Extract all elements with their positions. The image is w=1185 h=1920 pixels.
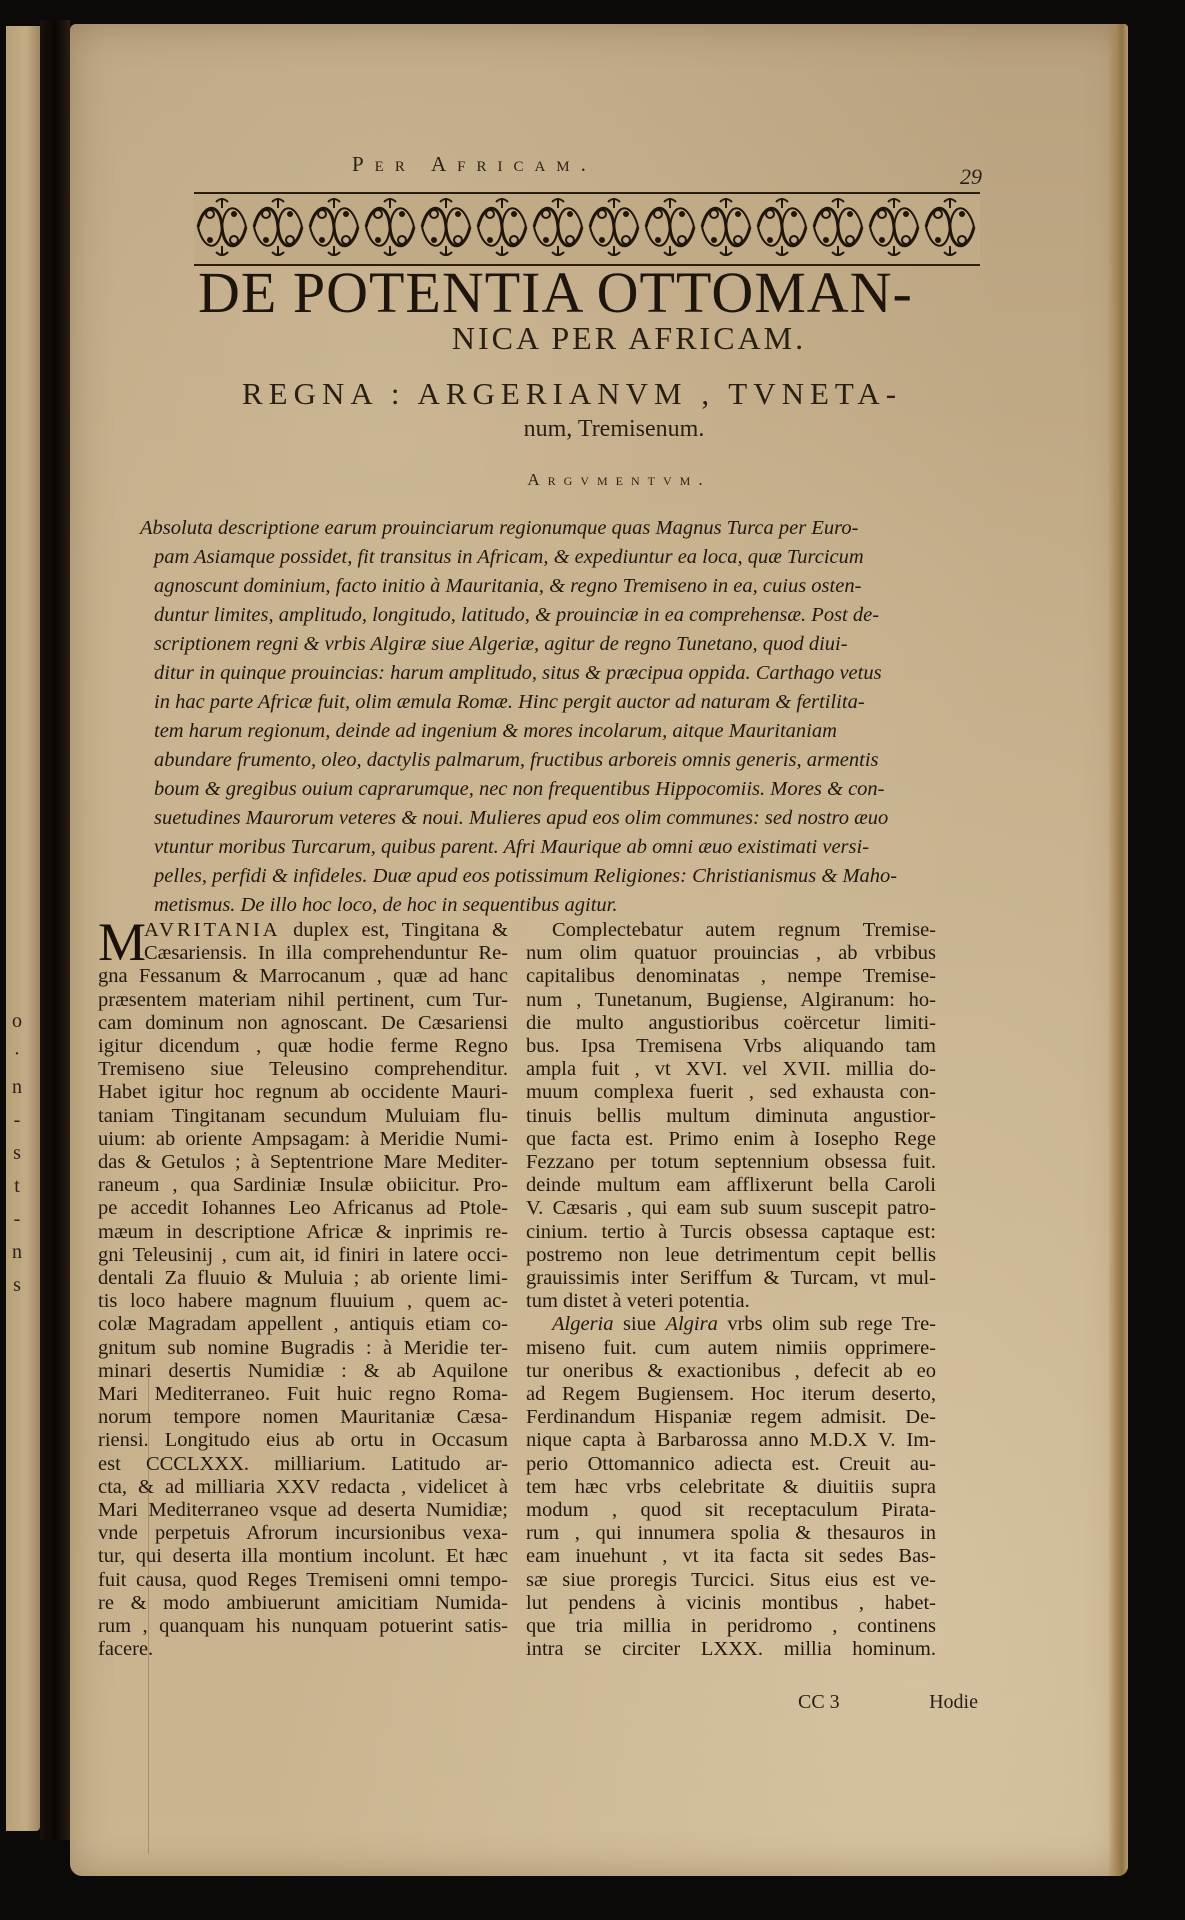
- body-line: lut pendens à vicinis montibus , habet-: [526, 1592, 936, 1615]
- book-gutter: [40, 20, 70, 1840]
- body-line: Mari Mediterraneo vsque ad deserta Numid…: [98, 1499, 508, 1522]
- body-line: riensi. Longitudo eius ab ortu in Occasu…: [98, 1429, 508, 1452]
- body-line: fuit causa, quod Reges Tremiseni omni te…: [98, 1569, 508, 1592]
- margin-fragment: n: [6, 1071, 28, 1104]
- body-line: num olim quatuor prouincias , ab vrbibus: [526, 942, 936, 965]
- body-line: capitalibus denominatas , nempe Tremise-: [526, 965, 936, 988]
- first-word: AVRITANIA: [144, 919, 281, 941]
- body-line: rum , quanquam his nunquam potuerint sat…: [98, 1615, 508, 1638]
- body-line: sæ siue proregis Turcici. Situs eius est…: [526, 1569, 936, 1592]
- chapter-subtitle-line2: num, Tremisenum.: [70, 416, 1128, 443]
- body-line: igitur dicendum , quæ hodie ferme Regno: [98, 1035, 508, 1058]
- body-line: Complectebatur autem regnum Tremise-: [526, 919, 936, 942]
- margin-fragment: s: [6, 1269, 28, 1302]
- body-line: vnde perpetuis Afrorum incursionibus vex…: [98, 1522, 508, 1545]
- facing-page-margin-text: o · n - s t - n s: [6, 1005, 28, 1302]
- body-line: Mari Mediterraneo. Fuit huic regno Roma-: [98, 1383, 508, 1406]
- body-line: cinium. tertio à Turcis obsessa captaque…: [526, 1221, 936, 1244]
- page-fore-edge: [1108, 24, 1128, 1876]
- margin-fragment: s: [6, 1137, 28, 1170]
- body-line-algeria: Algeria siue Algira vrbs olim sub rege T…: [526, 1313, 936, 1336]
- body-line: gni Teleusinij , cum ait, id finiri in l…: [98, 1244, 508, 1267]
- body-line: perio Ottomannico adiecta est. Creuit au…: [526, 1453, 936, 1476]
- chapter-title-line1: DE POTENTIA OTTOMAN-: [198, 262, 998, 324]
- body-line: pe accedit Iohannes Leo Africanus ad Pto…: [98, 1197, 508, 1220]
- body-line: gna Fessanum & Marrocanum , quæ ad hanc: [98, 965, 508, 988]
- dropcap-block: M AVRITANIA duplex est, Tingitana & Cæsa…: [98, 919, 508, 965]
- margin-fragment: -: [6, 1203, 28, 1236]
- body-line: raneum , qua Sardiniæ Insulæ obiicitur. …: [98, 1174, 508, 1197]
- body-line: que facta est. Primo enim à Iosepho Rege: [526, 1128, 936, 1151]
- body-line: tem hæc vrbs celebritate & diuitiis supr…: [526, 1476, 936, 1499]
- argument-line: suetudines Maurorum veteres & noui. Muli…: [140, 804, 940, 833]
- body-line: minari desertis Numidiæ : & ab Aquilone: [98, 1360, 508, 1383]
- body-column-right: Complectebatur autem regnum Tremise- num…: [526, 919, 936, 1662]
- argument-line: vtuntur moribus Turcarum, quibus parent.…: [140, 833, 940, 862]
- ornament-band-icon: [194, 192, 980, 266]
- catchword: Hodie: [929, 1691, 978, 1714]
- margin-fragment: t: [6, 1170, 28, 1203]
- body-line: est CCCLXXX. milliarium. Latitudo ar-: [98, 1453, 508, 1476]
- body-line: num , Tunetanum, Bugiense, Algiranum: ho…: [526, 989, 936, 1012]
- argument-paragraph: Absoluta descriptione earum prouinciarum…: [140, 514, 940, 920]
- body-line: tur, qui deserta illa montium incolunt. …: [98, 1545, 508, 1568]
- argument-line: pelles, perfidi & infideles. Duæ apud eo…: [140, 862, 940, 891]
- body-line: re & modo ambiuerunt amicitiam Numida-: [98, 1592, 508, 1615]
- chapter-subtitle-line1: REGNA : ARGERIANVM , TVNETA-: [242, 376, 902, 412]
- body-line-text: duplex est, Tingitana &: [281, 919, 508, 941]
- body-line: uium: ab oriente Ampsagam: à Meridie Num…: [98, 1128, 508, 1151]
- body-line: muum complexa fuerit , sed exhausta con-: [526, 1081, 936, 1104]
- body-line: eam inuehunt , vt ita facta sit sedes Ba…: [526, 1545, 936, 1568]
- italic-word: Algira: [665, 1313, 717, 1335]
- margin-fragment: -: [6, 1104, 28, 1137]
- dropcap-letter: M: [98, 917, 146, 967]
- body-line: miseno fuit. cum autem nimiis opprimere-: [526, 1337, 936, 1360]
- argument-line: scriptionem regni & vrbis Algiræ siue Al…: [140, 630, 940, 659]
- body-line: tis loco habere magnum fluuium , quem ac…: [98, 1290, 508, 1313]
- body-line: tinuis bellis multum diminuta angustior-: [526, 1105, 936, 1128]
- body-line: Habet igitur hoc regnum ab occidente Mau…: [98, 1081, 508, 1104]
- page-number: 29: [960, 164, 982, 190]
- body-line: dentali Za fluuio & Muluia ; ab oriente …: [98, 1267, 508, 1290]
- body-line: die multo angustioribus coërcetur limiti…: [526, 1012, 936, 1035]
- book-page: Per Africam. 29 DE POTENTIA OTTOMAN- NIC…: [70, 24, 1128, 1876]
- body-line: nique capta à Barbarossa anno M.D.X V. I…: [526, 1429, 936, 1452]
- body-line: præsentem materiam nihil pertinent, cum …: [98, 989, 508, 1012]
- body-line: Ferdinandum Hispaniæ regem admisit. De-: [526, 1406, 936, 1429]
- argument-heading: Argvmentvm.: [70, 470, 1128, 490]
- body-line: que tria millia in peridromo , continens: [526, 1615, 936, 1638]
- margin-fragment: o: [6, 1005, 28, 1038]
- body-line: postremo non leue detrimentum cepit bell…: [526, 1244, 936, 1267]
- body-line: Tremiseno siue Teleusino comprehenditur.: [98, 1058, 508, 1081]
- argument-line: abundare frumento, oleo, dactylis palmar…: [140, 746, 940, 775]
- signature-mark: CC 3: [798, 1691, 840, 1714]
- body-line-text: vrbs olim sub rege Tre-: [718, 1313, 936, 1335]
- margin-fragment: n: [6, 1236, 28, 1269]
- paper-crease: [148, 1374, 149, 1854]
- body-line: mæum in descriptione Africæ & inprimis r…: [98, 1221, 508, 1244]
- body-line-text: siue: [614, 1313, 666, 1335]
- argument-line: duntur limites, amplitudo, longitudo, la…: [140, 601, 940, 630]
- body-line: tum distet à veteri potentia.: [526, 1290, 936, 1313]
- body-line: gnitum sub nomine Bugradis : à Meridie t…: [98, 1337, 508, 1360]
- body-line: modum , quod sit receptaculum Pirata-: [526, 1499, 936, 1522]
- body-line: bus. Ipsa Tremisena Vrbs aliquando tam: [526, 1035, 936, 1058]
- body-line: taniam Tingitanam secundum Muluiam flu-: [98, 1105, 508, 1128]
- body-line: AVRITANIA duplex est, Tingitana &: [98, 919, 508, 942]
- argument-line: boum & gregibus ouium caprarumque, nec n…: [140, 775, 940, 804]
- facing-page-edge: [6, 26, 40, 1831]
- body-line: ad Regem Bugiensem. Hoc iterum deserto,: [526, 1383, 936, 1406]
- body-line: Fezzano per totum septennium obsessa fui…: [526, 1151, 936, 1174]
- body-line: cam dominum non agnoscant. De Cæsariensi: [98, 1012, 508, 1035]
- body-line: das & Getulos ; à Septentrione Mare Medi…: [98, 1151, 508, 1174]
- body-line: tur oneribus & exactionibus , defecit ab…: [526, 1360, 936, 1383]
- body-line: intra se circiter LXXX. millia hominum.: [526, 1638, 936, 1661]
- body-line: deinde multum eam afflixerunt bella Caro…: [526, 1174, 936, 1197]
- body-line: norum tempore nomen Mauritaniæ Cæsa-: [98, 1406, 508, 1429]
- body-line: rum , qui innumera spolia & thesauros in: [526, 1522, 936, 1545]
- italic-word: Algeria: [552, 1313, 614, 1335]
- argument-line: in hac parte Africæ fuit, olim æmula Rom…: [140, 688, 940, 717]
- argument-line: metismus. De illo hoc loco, de hoc in se…: [140, 891, 940, 920]
- body-line: Cæsariensis. In illa comprehenduntur Re-: [98, 942, 508, 965]
- body-column-left: M AVRITANIA duplex est, Tingitana & Cæsa…: [98, 919, 508, 1662]
- chapter-title-line2: NICA PER AFRICAM.: [70, 320, 1128, 357]
- argument-line: ditur in quinque prouincias: harum ampli…: [140, 659, 940, 688]
- argument-line: pam Asiamque possidet, fit transitus in …: [140, 543, 940, 572]
- body-line: colæ Magradam appellent , antiquis etiam…: [98, 1313, 508, 1336]
- running-head: Per Africam.: [352, 152, 597, 177]
- body-line: ampla fuit , vt XVI. vel XVII. millia do…: [526, 1058, 936, 1081]
- body-line: facere.: [98, 1638, 508, 1661]
- body-line: cta, & ad milliaria XXV redacta , videli…: [98, 1476, 508, 1499]
- argument-line: tem harum regionum, deinde ad ingenium &…: [140, 717, 940, 746]
- argument-line: agnoscunt dominium, facto initio à Mauri…: [140, 572, 940, 601]
- margin-fragment: ·: [6, 1038, 28, 1071]
- body-line: V. Cæsaris , qui eam sub suum suscepit p…: [526, 1197, 936, 1220]
- body-line: grauissimis inter Seriffum & Turcam, vt …: [526, 1267, 936, 1290]
- argument-line: Absoluta descriptione earum prouinciarum…: [140, 514, 940, 543]
